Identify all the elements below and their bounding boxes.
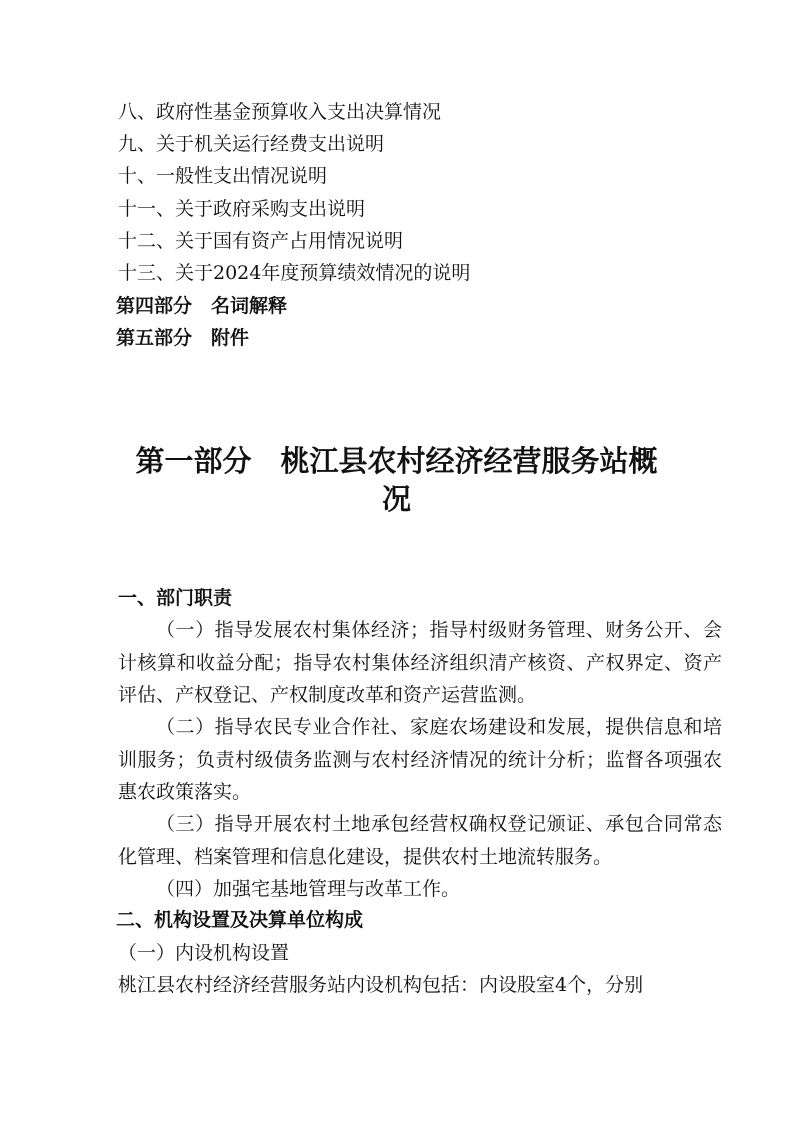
section-title-line2: 况 xyxy=(0,481,793,517)
toc-part-5: 第五部分 附件 xyxy=(116,326,249,350)
duty-paragraph-2: （二）指导农民专业合作社、家庭农场建设和发展，提供信息和培训服务；负责村级债务监… xyxy=(118,711,722,809)
toc-item-9: 九、关于机关运行经费支出说明 xyxy=(118,132,384,156)
heading-department-duties: 一、部门职责 xyxy=(118,586,232,610)
toc-item-13: 十三、关于2024年度预算绩效情况的说明 xyxy=(118,261,470,285)
toc-item-12: 十二、关于国有资产占用情况说明 xyxy=(118,229,403,253)
duty-paragraph-3: （三）指导开展农村土地承包经营权确权登记颁证、承包合同常态化管理、档案管理和信息… xyxy=(118,808,722,873)
duty-paragraph-1: （一）指导发展农村集体经济；指导村级财务管理、财务公开、会计核算和收益分配；指导… xyxy=(118,614,722,712)
duty-paragraph-4: （四）加强宅基地管理与改革工作。 xyxy=(118,873,722,906)
body-text-line: 桃江县农村经济经营服务站内设机构包括：内设股室4个，分别 xyxy=(118,973,643,997)
toc-item-8: 八、政府性基金预算收入支出决算情况 xyxy=(118,100,441,124)
heading-organization: 二、机构设置及决算单位构成 xyxy=(116,908,363,932)
toc-item-11: 十一、关于政府采购支出说明 xyxy=(118,197,365,221)
toc-part-4: 第四部分 名词解释 xyxy=(116,294,287,318)
toc-item-10: 十、一般性支出情况说明 xyxy=(118,164,327,188)
section-title-line1: 第一部分 桃江县农村经济经营服务站概 xyxy=(0,443,793,479)
subheading-internal-structure: （一）内设机构设置 xyxy=(118,941,289,965)
